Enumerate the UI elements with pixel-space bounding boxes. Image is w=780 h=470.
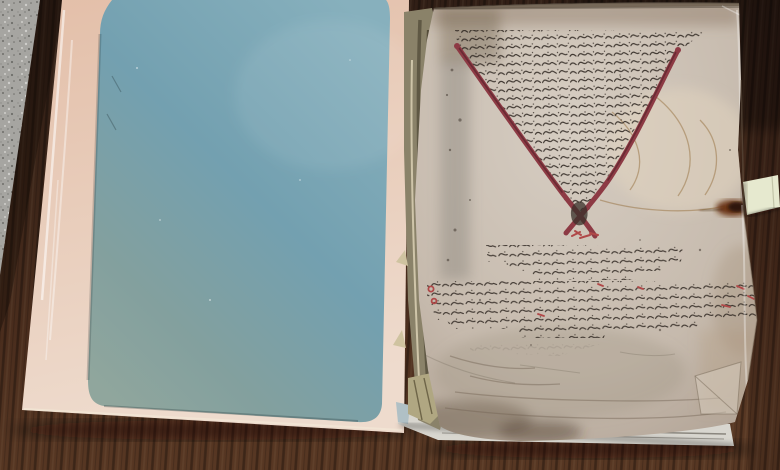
manuscript-photo [0,0,780,470]
rule-flare [454,43,460,49]
blue-grey-leaf [88,0,425,422]
ink-blotch [571,201,588,225]
rule-flare [675,47,681,53]
photo-canvas [0,0,780,470]
tab-tuck-shadow [741,182,747,215]
plastic-sliver [396,402,410,424]
parchment-page [408,0,772,444]
